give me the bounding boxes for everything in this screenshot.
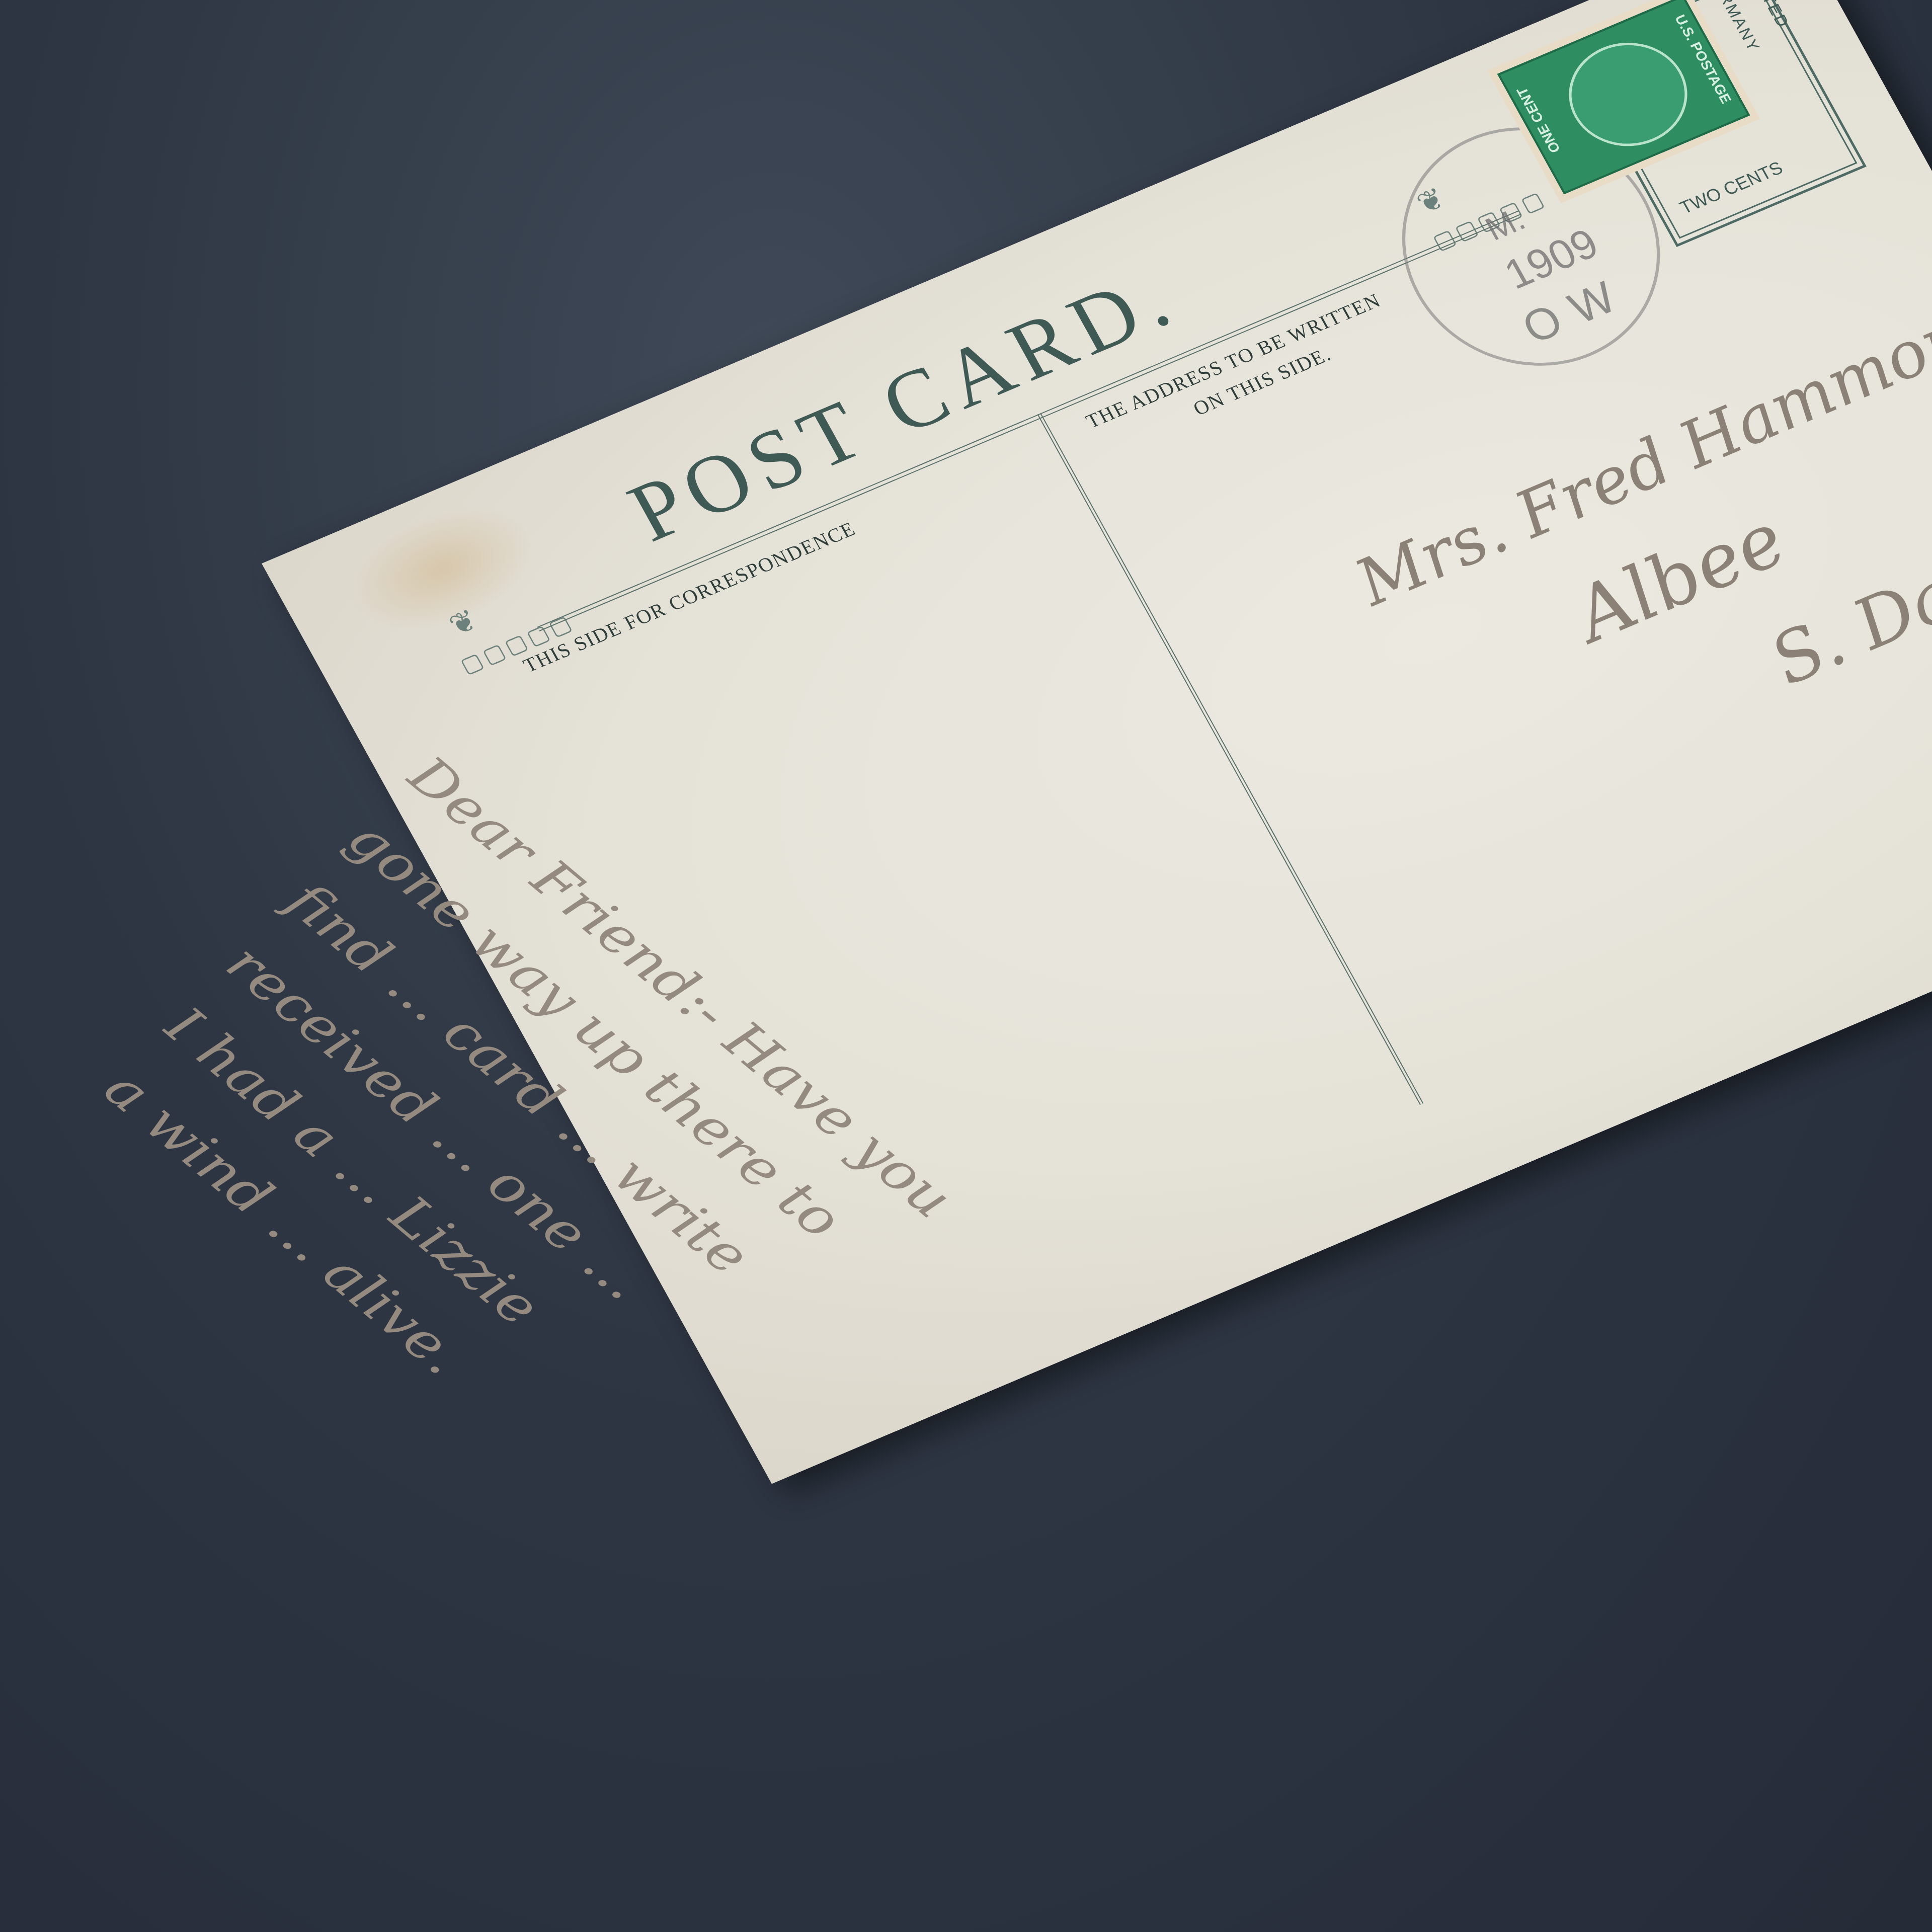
postcard: Dear Friend:- Have you gone way up there… (262, 0, 1932, 1484)
divider-vertical (1037, 413, 1424, 1105)
handwritten-message: Dear Friend:- Have you gone way up there… (84, 736, 1130, 1683)
portrait-icon (1549, 25, 1707, 164)
postmark-time: M. (1479, 200, 1532, 248)
stamp-box-bottom-text: TWO CENTS (1676, 157, 1787, 218)
